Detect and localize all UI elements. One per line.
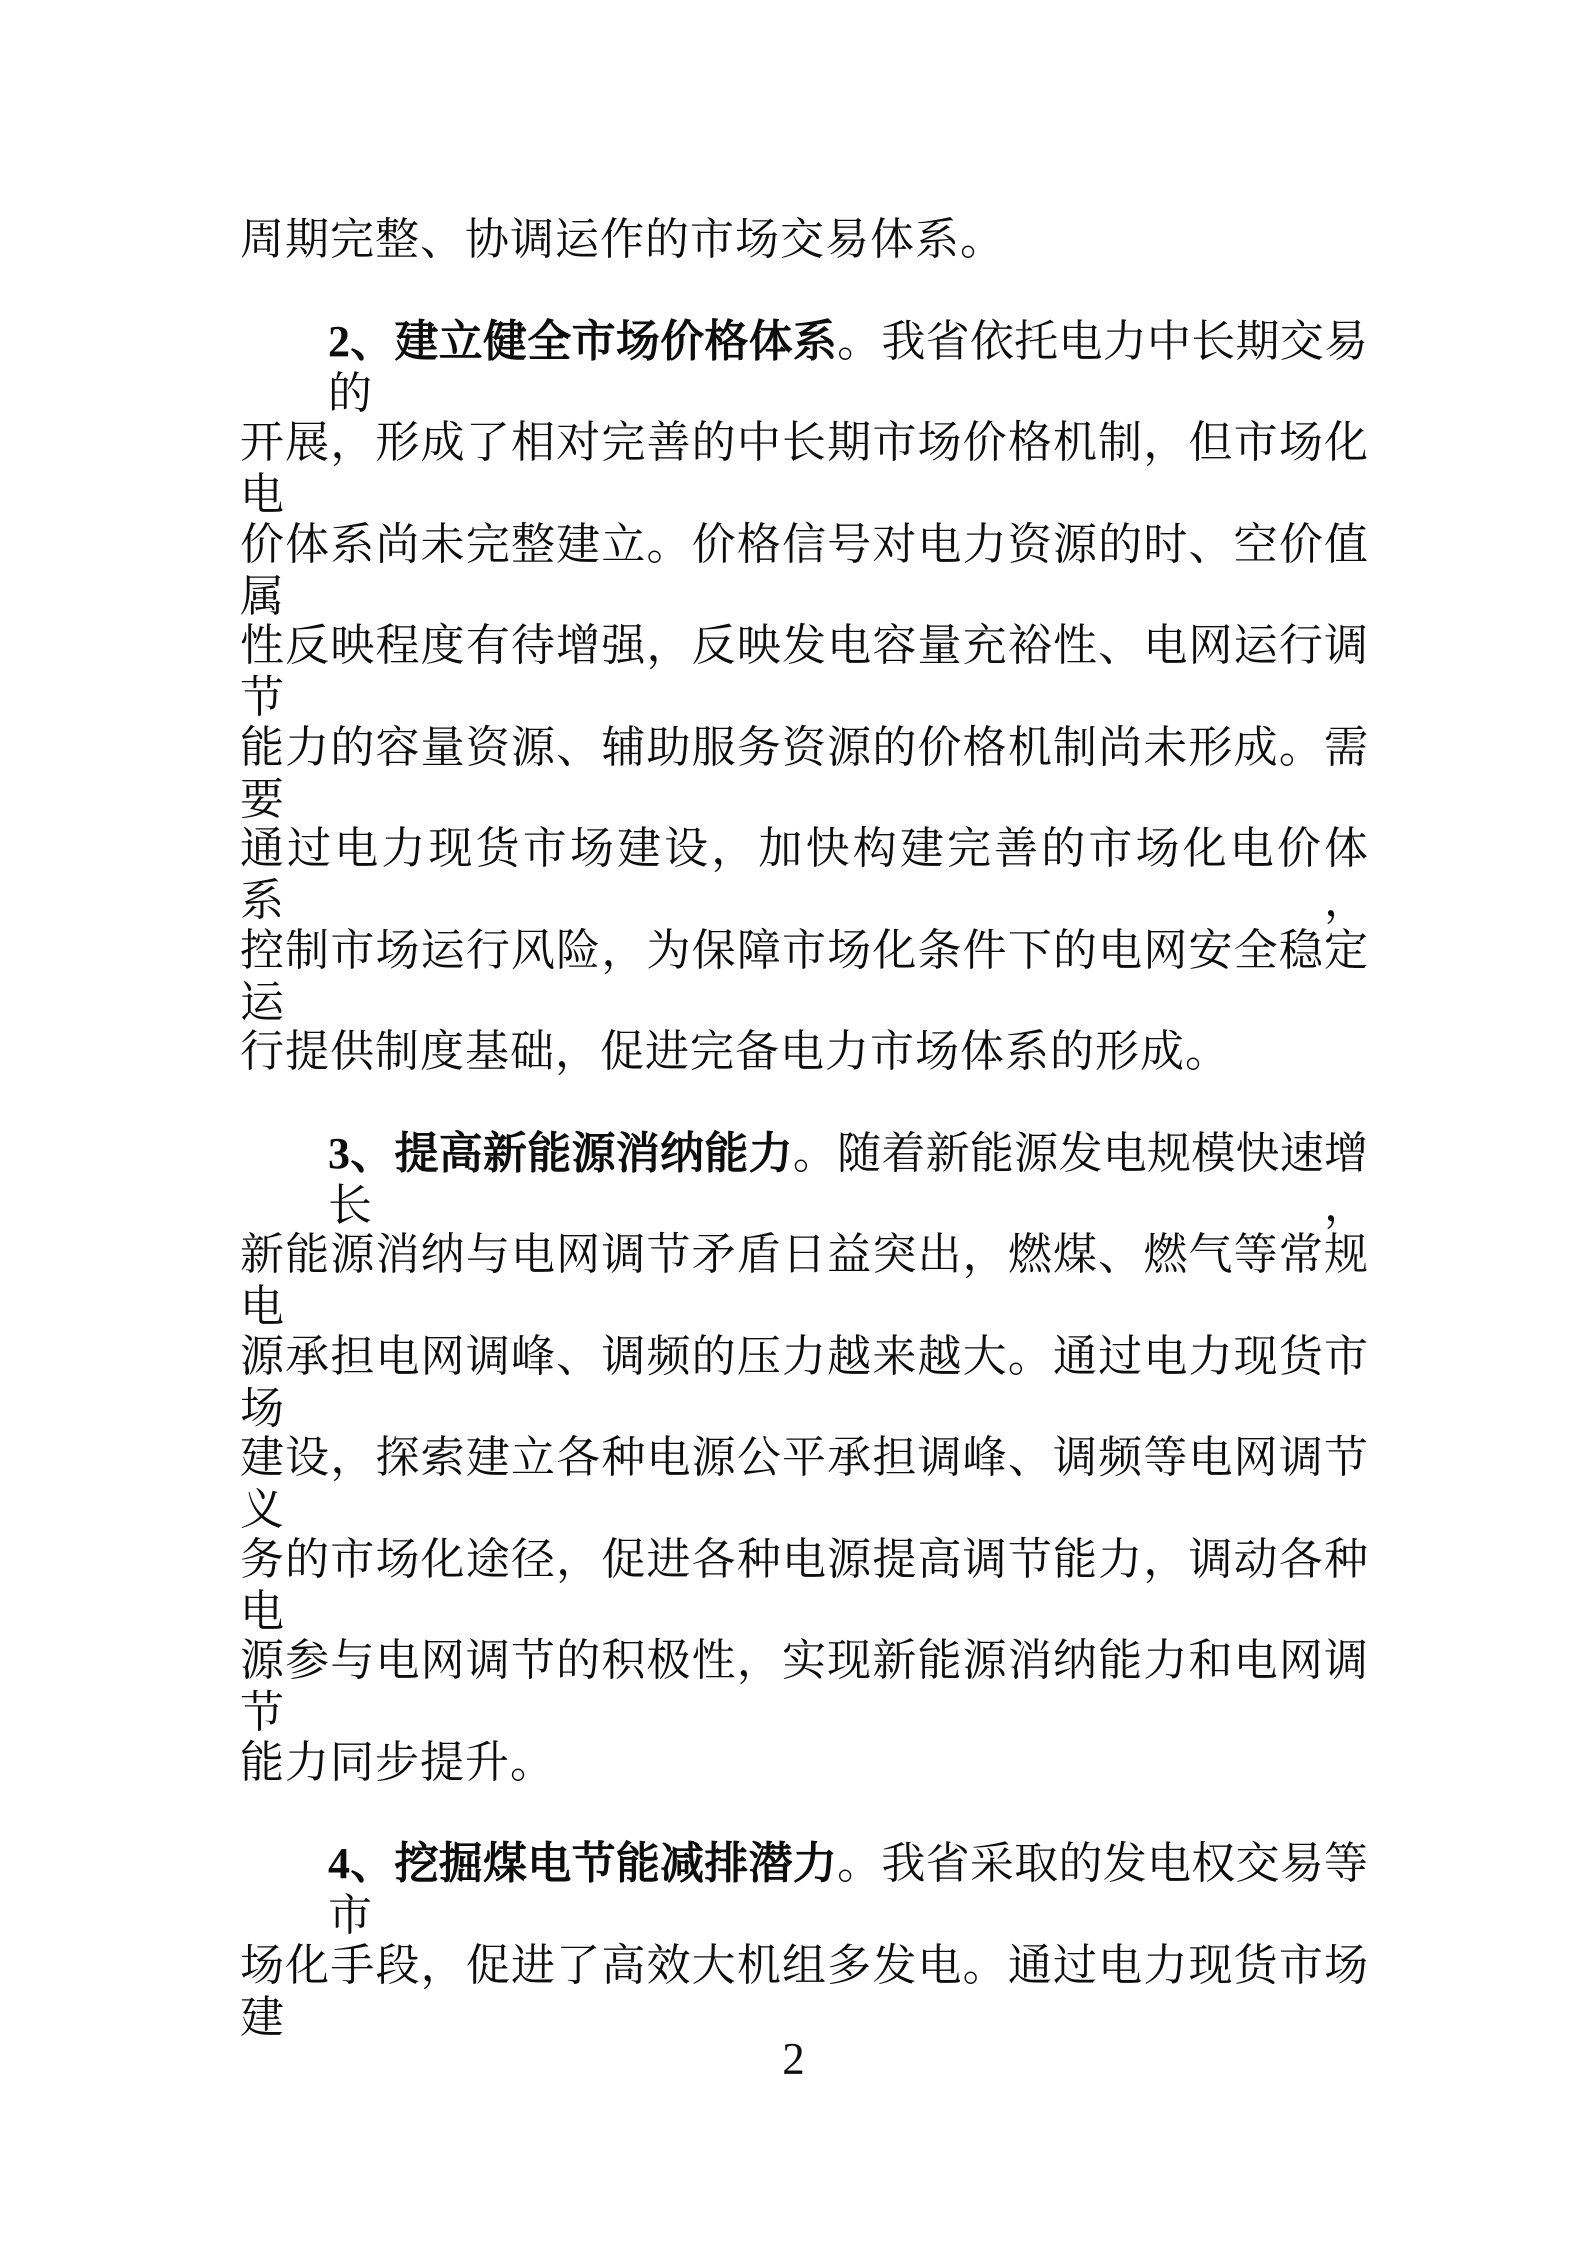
- text-line: 源参与电网调节的积极性，实现新能源消纳能力和电网调节: [240, 1635, 1368, 1737]
- text-segment: 能力的容量资源、辅助服务资源的价格机制尚未形成。需要: [240, 723, 1368, 824]
- heading-segment: 3、提高新能源消纳能力: [328, 1129, 793, 1178]
- text-segment: 能力同步提升。: [240, 1738, 555, 1787]
- text-segment: 源参与电网调节的积极性，实现新能源消纳能力和电网调节: [240, 1636, 1368, 1737]
- text-segment: 控制市场运行风险，为保障市场化条件下的电网安全稳定运: [240, 926, 1368, 1027]
- text-segment: 通过电力现货市场建设，加快构建完善的市场化电价体系，: [240, 824, 1368, 925]
- text-line: 周期完整、协调运作的市场交易体系。: [240, 214, 1368, 316]
- text-segment: 源承担电网调峰、调频的压力越来越大。通过电力现货市场: [240, 1332, 1368, 1433]
- text-segment: 建设，探索建立各种电源公平承担调峰、调频等电网调节义: [240, 1433, 1368, 1534]
- text-line: 能力的容量资源、辅助服务资源的价格机制尚未形成。需要: [240, 722, 1368, 824]
- heading-segment: 2、建立健全市场价格体系: [328, 317, 837, 366]
- text-line: 3、提高新能源消纳能力。随着新能源发电规模快速增长，: [240, 1128, 1368, 1230]
- text-line: 2、建立健全市场价格体系。我省依托电力中长期交易的: [240, 316, 1368, 418]
- text-segment: 新能源消纳与电网调节矛盾日益突出，燃煤、燃气等常规电: [240, 1230, 1368, 1331]
- text-segment: 行提供制度基础，促进完备电力市场体系的形成。: [240, 1027, 1230, 1076]
- text-line: 新能源消纳与电网调节矛盾日益突出，燃煤、燃气等常规电: [240, 1229, 1368, 1331]
- text-segment: 场化手段，促进了高效大机组多发电。通过电力现货市场建: [240, 1941, 1368, 2042]
- text-line: 4、挖掘煤电节能减排潜力。我省采取的发电权交易等市: [240, 1838, 1368, 1940]
- text-line: 场化手段，促进了高效大机组多发电。通过电力现货市场建: [240, 1940, 1368, 2042]
- text-line: 行提供制度基础，促进完备电力市场体系的形成。: [240, 1026, 1368, 1128]
- text-line: 开展，形成了相对完善的中长期市场价格机制，但市场化电: [240, 417, 1368, 519]
- text-segment: 开展，形成了相对完善的中长期市场价格机制，但市场化电: [240, 418, 1368, 519]
- text-line: 务的市场化途径，促进各种电源提高调节能力，调动各种电: [240, 1534, 1368, 1636]
- text-line: 价体系尚未完整建立。价格信号对电力资源的时、空价值属: [240, 519, 1368, 621]
- text-line: 源承担电网调峰、调频的压力越来越大。通过电力现货市场: [240, 1331, 1368, 1433]
- body-text-block: 周期完整、协调运作的市场交易体系。2、建立健全市场价格体系。我省依托电力中长期交…: [240, 214, 1368, 2041]
- text-segment: 价体系尚未完整建立。价格信号对电力资源的时、空价值属: [240, 520, 1368, 621]
- heading-segment: 4、挖掘煤电节能减排潜力: [328, 1839, 837, 1888]
- text-line: 能力同步提升。: [240, 1737, 1368, 1839]
- text-segment: 务的市场化途径，促进各种电源提高调节能力，调动各种电: [240, 1535, 1368, 1636]
- text-segment: 周期完整、协调运作的市场交易体系。: [240, 215, 1005, 264]
- text-segment: 性反映程度有待增强，反映发电容量充裕性、电网运行调节: [240, 621, 1368, 722]
- page-number: 2: [0, 2033, 1587, 2085]
- text-line: 通过电力现货市场建设，加快构建完善的市场化电价体系，: [240, 823, 1368, 925]
- text-line: 建设，探索建立各种电源公平承担调峰、调频等电网调节义: [240, 1432, 1368, 1534]
- text-line: 性反映程度有待增强，反映发电容量充裕性、电网运行调节: [240, 620, 1368, 722]
- document-page: 周期完整、协调运作的市场交易体系。2、建立健全市场价格体系。我省依托电力中长期交…: [0, 0, 1587, 2245]
- text-line: 控制市场运行风险，为保障市场化条件下的电网安全稳定运: [240, 925, 1368, 1027]
